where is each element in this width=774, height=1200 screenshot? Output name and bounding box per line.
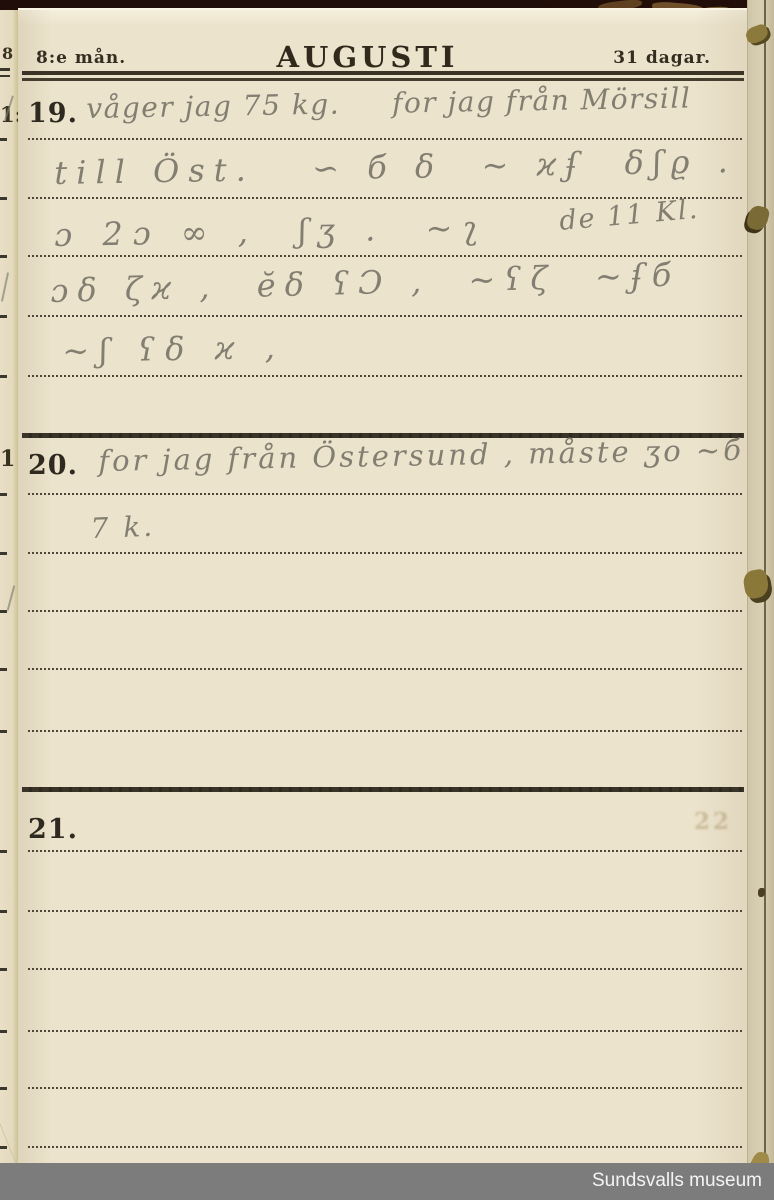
ghost-bleedthrough: 22 bbox=[694, 808, 732, 835]
page-crease bbox=[0, 1101, 19, 1170]
previous-page-fragment: 1 bbox=[0, 446, 15, 472]
ruled-line bbox=[28, 610, 742, 612]
previous-page-pencil-mark bbox=[7, 585, 16, 611]
day-number-19: 19. bbox=[28, 98, 78, 129]
ruled-line bbox=[28, 1030, 742, 1032]
handwriting-line: ɔ 2ɔ ∞ , ʃʒ . ∼ʅ bbox=[54, 208, 488, 254]
handwriting-line: for jag från Östersund , måste ʒo ∼б bbox=[98, 433, 744, 478]
diary-page: 8:e mån. AUGUSTI 31 dagar. 19. våger jag… bbox=[18, 8, 747, 1200]
page-edge-line bbox=[747, 0, 748, 1200]
binding-thread bbox=[758, 888, 765, 897]
ruled-line bbox=[28, 730, 742, 732]
day-number-20: 20. bbox=[28, 450, 78, 481]
previous-page-pencil-mark bbox=[1, 272, 9, 302]
ruled-line bbox=[28, 138, 742, 140]
ruled-line bbox=[28, 375, 742, 377]
previous-page-line-stubs bbox=[0, 138, 7, 141]
header-rule bbox=[22, 71, 744, 81]
ruled-line bbox=[28, 1146, 742, 1148]
handwriting-line: ɔδ ζϰ , ĕδ ʕƆ , ∼ʕζ ∼ʄб bbox=[50, 256, 681, 310]
section-separator bbox=[22, 787, 744, 792]
ruled-line bbox=[28, 968, 742, 970]
handwriting-line: de 11 Kl. bbox=[558, 194, 700, 237]
handwriting-line: våger jag 75 kg. for jag från Mörsill bbox=[86, 81, 692, 125]
previous-page-fragment: 8 bbox=[2, 44, 13, 63]
previous-page-rule-stub bbox=[0, 68, 10, 77]
ruled-line bbox=[28, 668, 742, 670]
previous-page-edge: 8 1: 1 bbox=[0, 10, 18, 1200]
ruled-line bbox=[28, 315, 742, 317]
ruled-line bbox=[28, 850, 742, 852]
ruled-line bbox=[28, 910, 742, 912]
day-number-21: 21. bbox=[28, 814, 78, 845]
page-edge-strip bbox=[747, 0, 774, 1200]
header-month-name: AUGUSTI bbox=[18, 40, 717, 74]
book-edge-line bbox=[764, 0, 766, 1200]
ruled-line bbox=[28, 1087, 742, 1089]
header-day-count: 31 dagar. bbox=[613, 48, 711, 68]
ruled-line bbox=[28, 493, 742, 495]
museum-credit-bar: Sundsvalls museum bbox=[0, 1163, 774, 1200]
museum-credit-text: Sundsvalls museum bbox=[592, 1170, 762, 1192]
ruled-line bbox=[28, 552, 742, 554]
handwriting-line: ∼ʃ ʕδ ϰ , bbox=[62, 328, 285, 370]
handwriting-line: 7 k. bbox=[90, 510, 156, 545]
handwriting-line: till Öst. ∽ б δ ∼ ϰʄ δʃϱ . ζ bbox=[54, 141, 774, 192]
